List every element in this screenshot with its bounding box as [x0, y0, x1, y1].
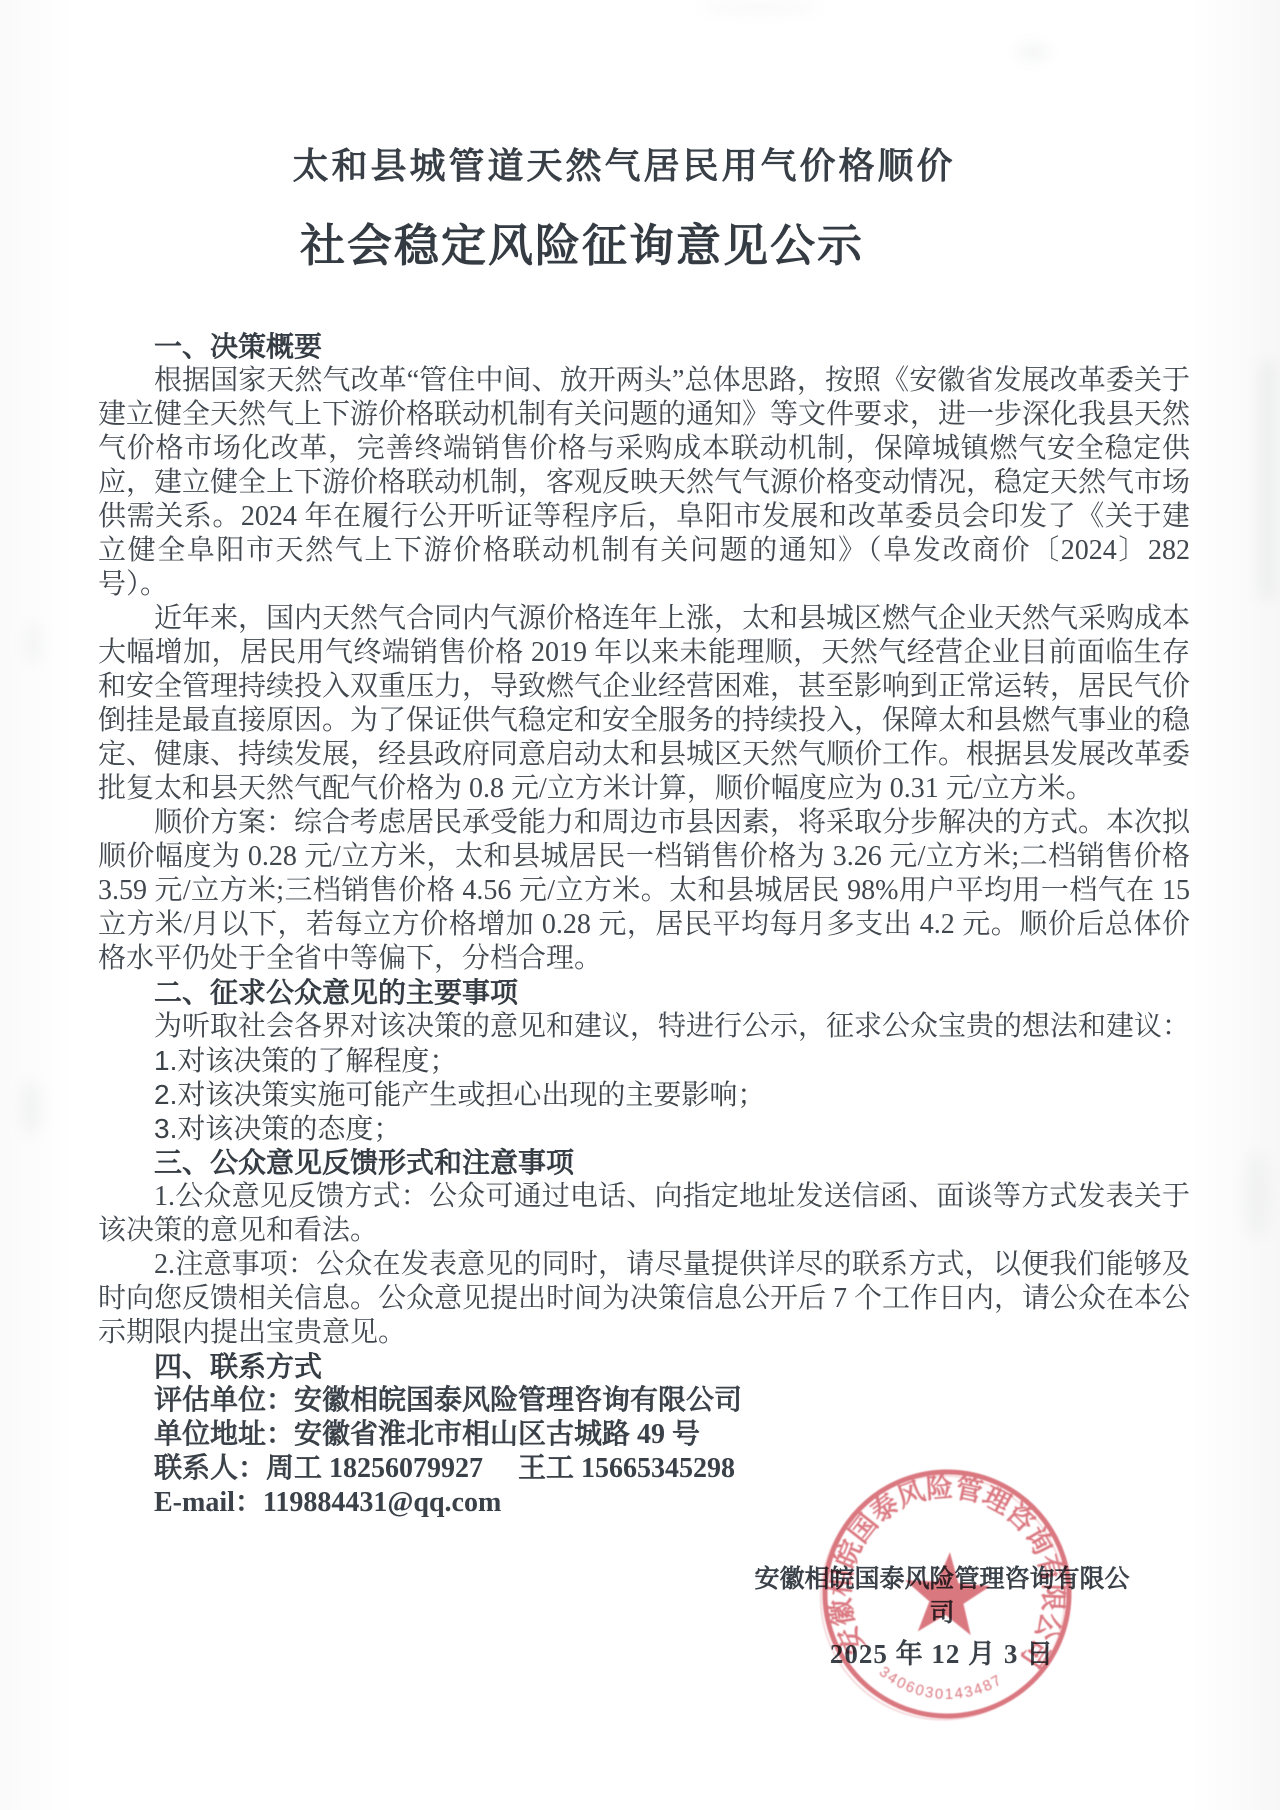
contact-email-line: E-mail：119884431@qq.com — [98, 1486, 1190, 1520]
section-1-heading: 一、决策概要 — [98, 330, 1190, 364]
section-3-paragraph-1: 1.公众意见反馈方式：公众可通过电话、向指定地址发送信函、面谈等方式发表关于该决… — [98, 1180, 1190, 1248]
scan-smudge — [700, 0, 820, 14]
scan-smudge — [1258, 360, 1276, 600]
section-1-paragraph-2: 近年来，国内天然气合同内气源价格连年上涨，太和县城区燃气企业天然气采购成本大幅增… — [98, 602, 1190, 806]
section-1-paragraph-1: 根据国家天然气改革“管住中间、放开两头”总体思路，按照《安徽省发展改革委关于建立… — [98, 364, 1190, 602]
contact-evaluator-line: 评估单位：安徽相皖国泰风险管理咨询有限公司 — [98, 1384, 1190, 1418]
contact-address-line: 单位地址：安徽省淮北市相山区古城路 49 号 — [98, 1418, 1190, 1452]
scan-smudge — [1244, 1150, 1270, 1240]
document-page: 太和县城管道天然气居民用气价格顺价 社会稳定风险征询意见公示 一、决策概要 根据… — [0, 0, 1280, 1810]
section-2-item-3: 3.对该决策的态度； — [98, 1112, 1190, 1146]
scan-smudge — [26, 620, 42, 666]
section-2-item-1: 1.对该决策的了解程度； — [98, 1044, 1190, 1078]
document-title-line2: 社会稳定风险征询意见公示 — [36, 209, 1128, 274]
scan-smudge — [1016, 44, 1050, 60]
section-2-item-2: 2.对该决策实施可能产生或担心出现的主要影响； — [98, 1078, 1190, 1112]
section-4-heading: 四、联系方式 — [98, 1350, 1190, 1384]
document-title-line1: 太和县城管道天然气居民用气价格顺价 — [78, 138, 1170, 189]
scan-smudge — [20, 1080, 42, 1136]
section-2-intro: 为听取社会各界对该决策的意见和建议，特进行公示，征求公众宝贵的想法和建议： — [98, 1010, 1190, 1044]
contact-persons-line: 联系人：周工 18256079927 王工 15665345298 — [98, 1452, 1190, 1486]
signature-date: 2025 年 12 月 3 日 — [752, 1637, 1132, 1671]
section-3-heading: 三、公众意见反馈形式和注意事项 — [98, 1146, 1190, 1180]
signature-block: 安徽相皖国泰风险管理咨询有限公司 2025 年 12 月 3 日 — [752, 1563, 1132, 1671]
section-1-paragraph-3: 顺价方案：综合考虑居民承受能力和周边市县因素，将采取分步解决的方式。本次拟顺价幅… — [98, 806, 1190, 976]
document-content: 太和县城管道天然气居民用气价格顺价 社会稳定风险征询意见公示 一、决策概要 根据… — [0, 0, 1280, 1520]
section-2-heading: 二、征求公众意见的主要事项 — [98, 976, 1190, 1010]
signature-company: 安徽相皖国泰风险管理咨询有限公司 — [752, 1563, 1132, 1631]
document-body: 一、决策概要 根据国家天然气改革“管住中间、放开两头”总体思路，按照《安徽省发展… — [98, 330, 1190, 1520]
section-3-paragraph-2: 2.注意事项：公众在发表意见的同时，请尽量提供详尽的联系方式，以便我们能够及时向… — [98, 1248, 1190, 1350]
